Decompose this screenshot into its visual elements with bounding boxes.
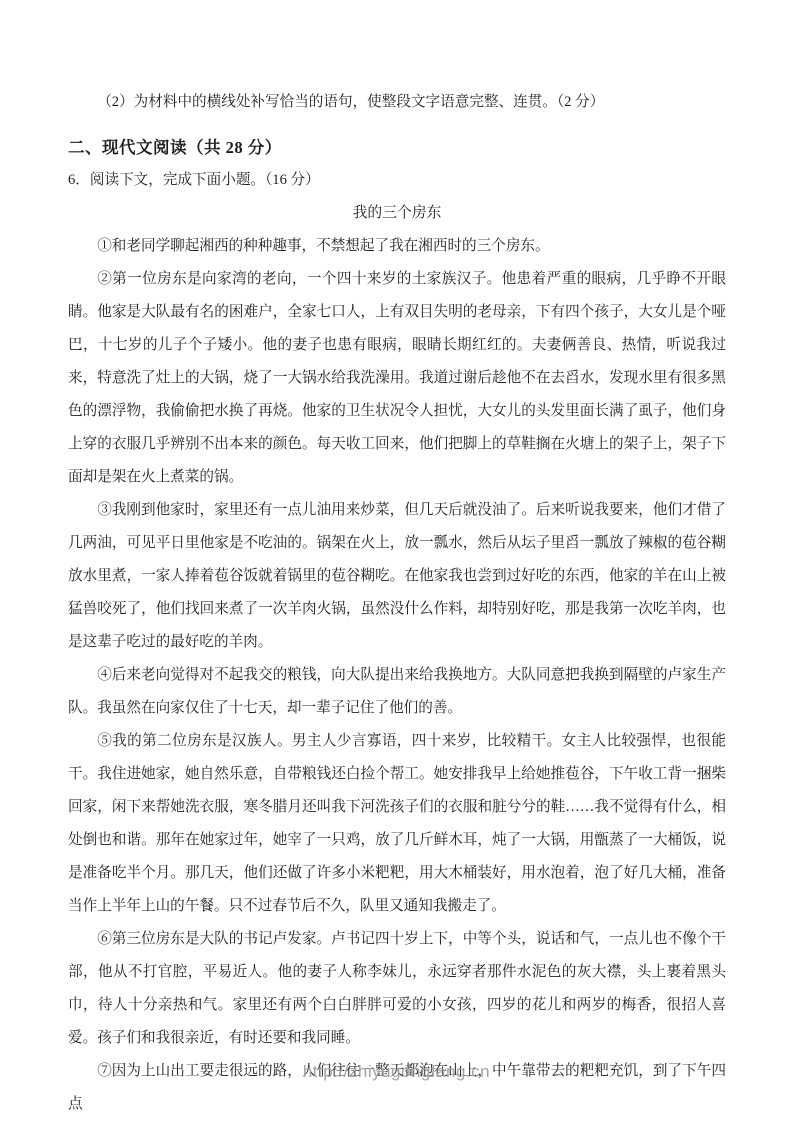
essay-paragraph-3: ③我刚到他家时，家里还有一点儿油用来炒菜，但几天后就没油了。后来听说我要来，他们… <box>68 494 726 659</box>
document-content: （2）为材料中的横线处补写恰当的语句，使整段文字语意完整、连贯。（2 分） 二、… <box>68 86 726 1121</box>
essay-paragraph-5: ⑤我的第二位房东是汉族人。男主人少言寡语，四十来岁，比较精干。女主人比较强悍，也… <box>68 725 726 923</box>
exam-document-page: （2）为材料中的横线处补写恰当的语句，使整段文字语意完整、连贯。（2 分） 二、… <box>0 0 793 1122</box>
section-heading-modern-text-reading: 二、现代文阅读（共 28 分） <box>68 131 726 164</box>
essay-paragraph-1: ①和老同学聊起湘西的种种趣事，不禁想起了我在湘西时的三个房东。 <box>68 230 726 263</box>
question-6-prompt: 6．阅读下文，完成下面小题。（16 分） <box>68 164 726 197</box>
essay-paragraph-4: ④后来老向觉得对不起我交的粮钱，向大队提出来给我换地方。大队同意把我换到隔壁的卢… <box>68 659 726 725</box>
essay-paragraph-2: ②第一位房东是向家湾的老向，一个四十来岁的土家族汉子。他患着严重的眼病，几乎睁不… <box>68 263 726 494</box>
watermark-url: http://zhiyugongfang.cn <box>0 1062 793 1082</box>
question-2-prompt: （2）为材料中的横线处补写恰当的语句，使整段文字语意完整、连贯。（2 分） <box>68 86 726 119</box>
essay-paragraph-6: ⑥第三位房东是大队的书记卢发家。卢书记四十岁上下，中等个头，说话和气，一点儿也不… <box>68 923 726 1055</box>
essay-title: 我的三个房东 <box>68 197 726 230</box>
